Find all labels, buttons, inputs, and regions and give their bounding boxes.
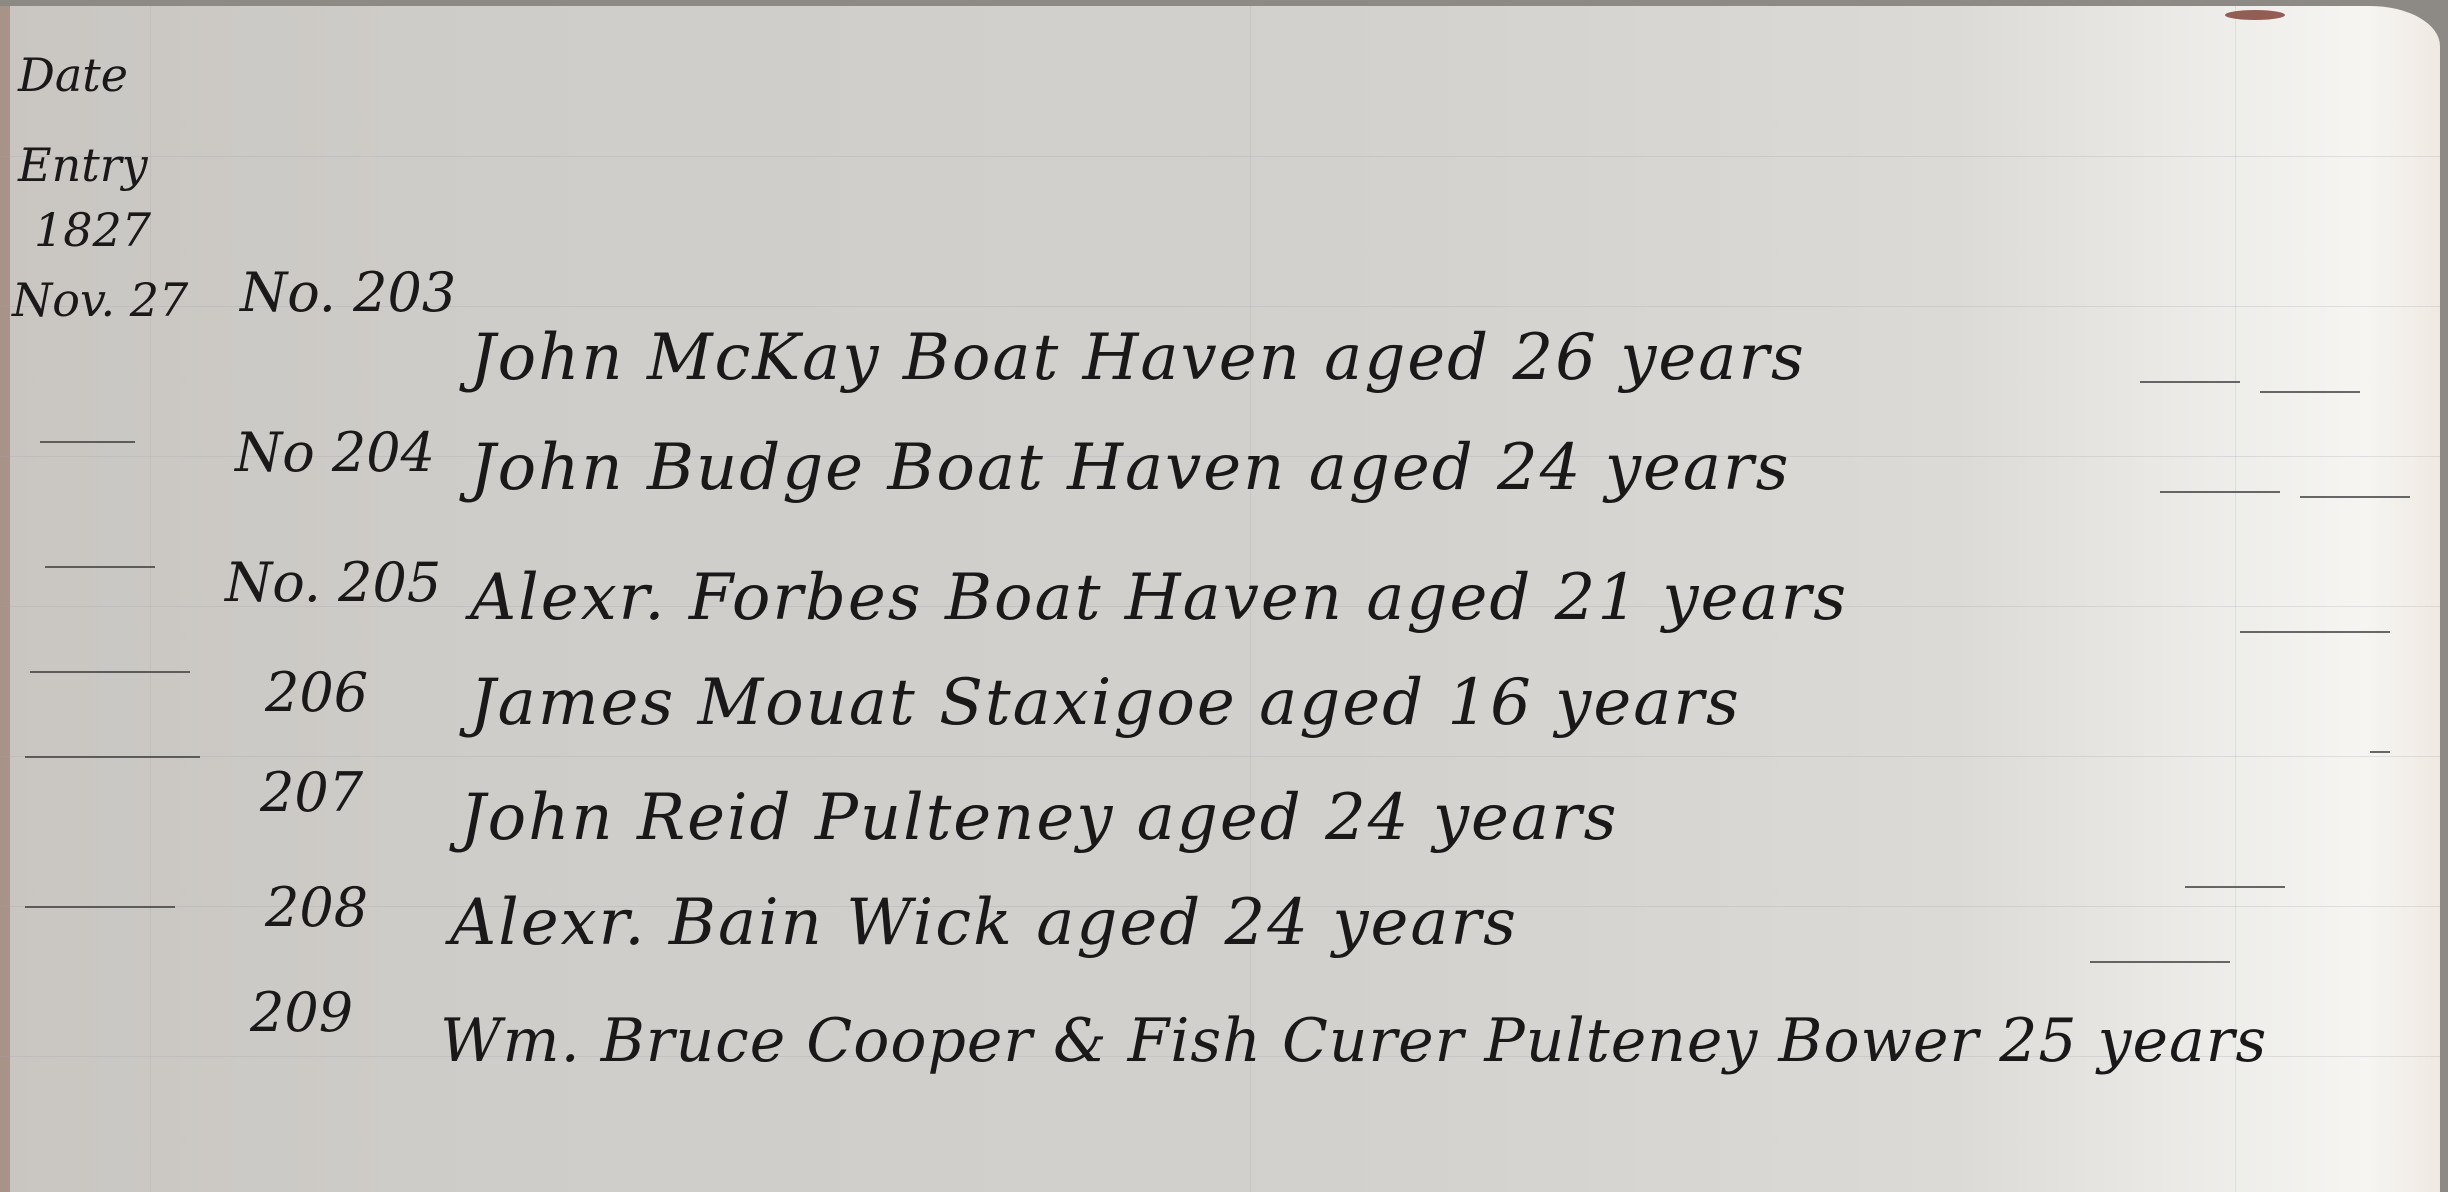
dash (2370, 751, 2390, 753)
entry-number: 207 (260, 761, 363, 824)
margin-dash (25, 756, 200, 758)
stain (2225, 10, 2285, 20)
entry-text: Wm. Bruce Cooper & Fish Curer Pulteney B… (440, 1006, 2267, 1076)
entry-number: No. 205 (225, 551, 441, 614)
register-page: Date Entry 1827 Nov. 27 No. 203 John McK… (0, 6, 2440, 1192)
dash (2160, 491, 2280, 493)
entry-number: No. 203 (240, 261, 456, 324)
entry-text: John McKay Boat Haven aged 26 years (470, 321, 1806, 395)
dash (2140, 381, 2240, 383)
header-year: 1827 (34, 201, 151, 259)
entry-text: Alexr. Bain Wick aged 24 years (450, 886, 1518, 960)
entry-text: James Mouat Staxigoe aged 16 years (470, 666, 1741, 740)
entry-text: John Budge Boat Haven aged 24 years (470, 431, 1790, 505)
ruled-line (0, 756, 2440, 757)
header-entry-date: Nov. 27 (12, 271, 188, 329)
dash (2185, 886, 2285, 888)
header-date: Date (18, 46, 128, 104)
entry-text: John Reid Pulteney aged 24 years (460, 781, 1618, 855)
dash (2240, 631, 2390, 633)
dash (2300, 496, 2410, 498)
entry-number: 206 (265, 661, 368, 724)
margin-dash (30, 671, 190, 673)
header-entry: Entry (18, 136, 148, 194)
entry-number: 208 (265, 876, 368, 939)
entry-text: Alexr. Forbes Boat Haven aged 21 years (470, 561, 1848, 635)
entry-number: 209 (250, 981, 353, 1044)
entry-number: No 204 (235, 421, 435, 484)
dash (2090, 961, 2230, 963)
margin-dash (40, 441, 135, 443)
margin-line (150, 6, 151, 1192)
margin-dash (45, 566, 155, 568)
dash (2260, 391, 2360, 393)
margin-dash (25, 906, 175, 908)
ruled-line (0, 156, 2440, 157)
